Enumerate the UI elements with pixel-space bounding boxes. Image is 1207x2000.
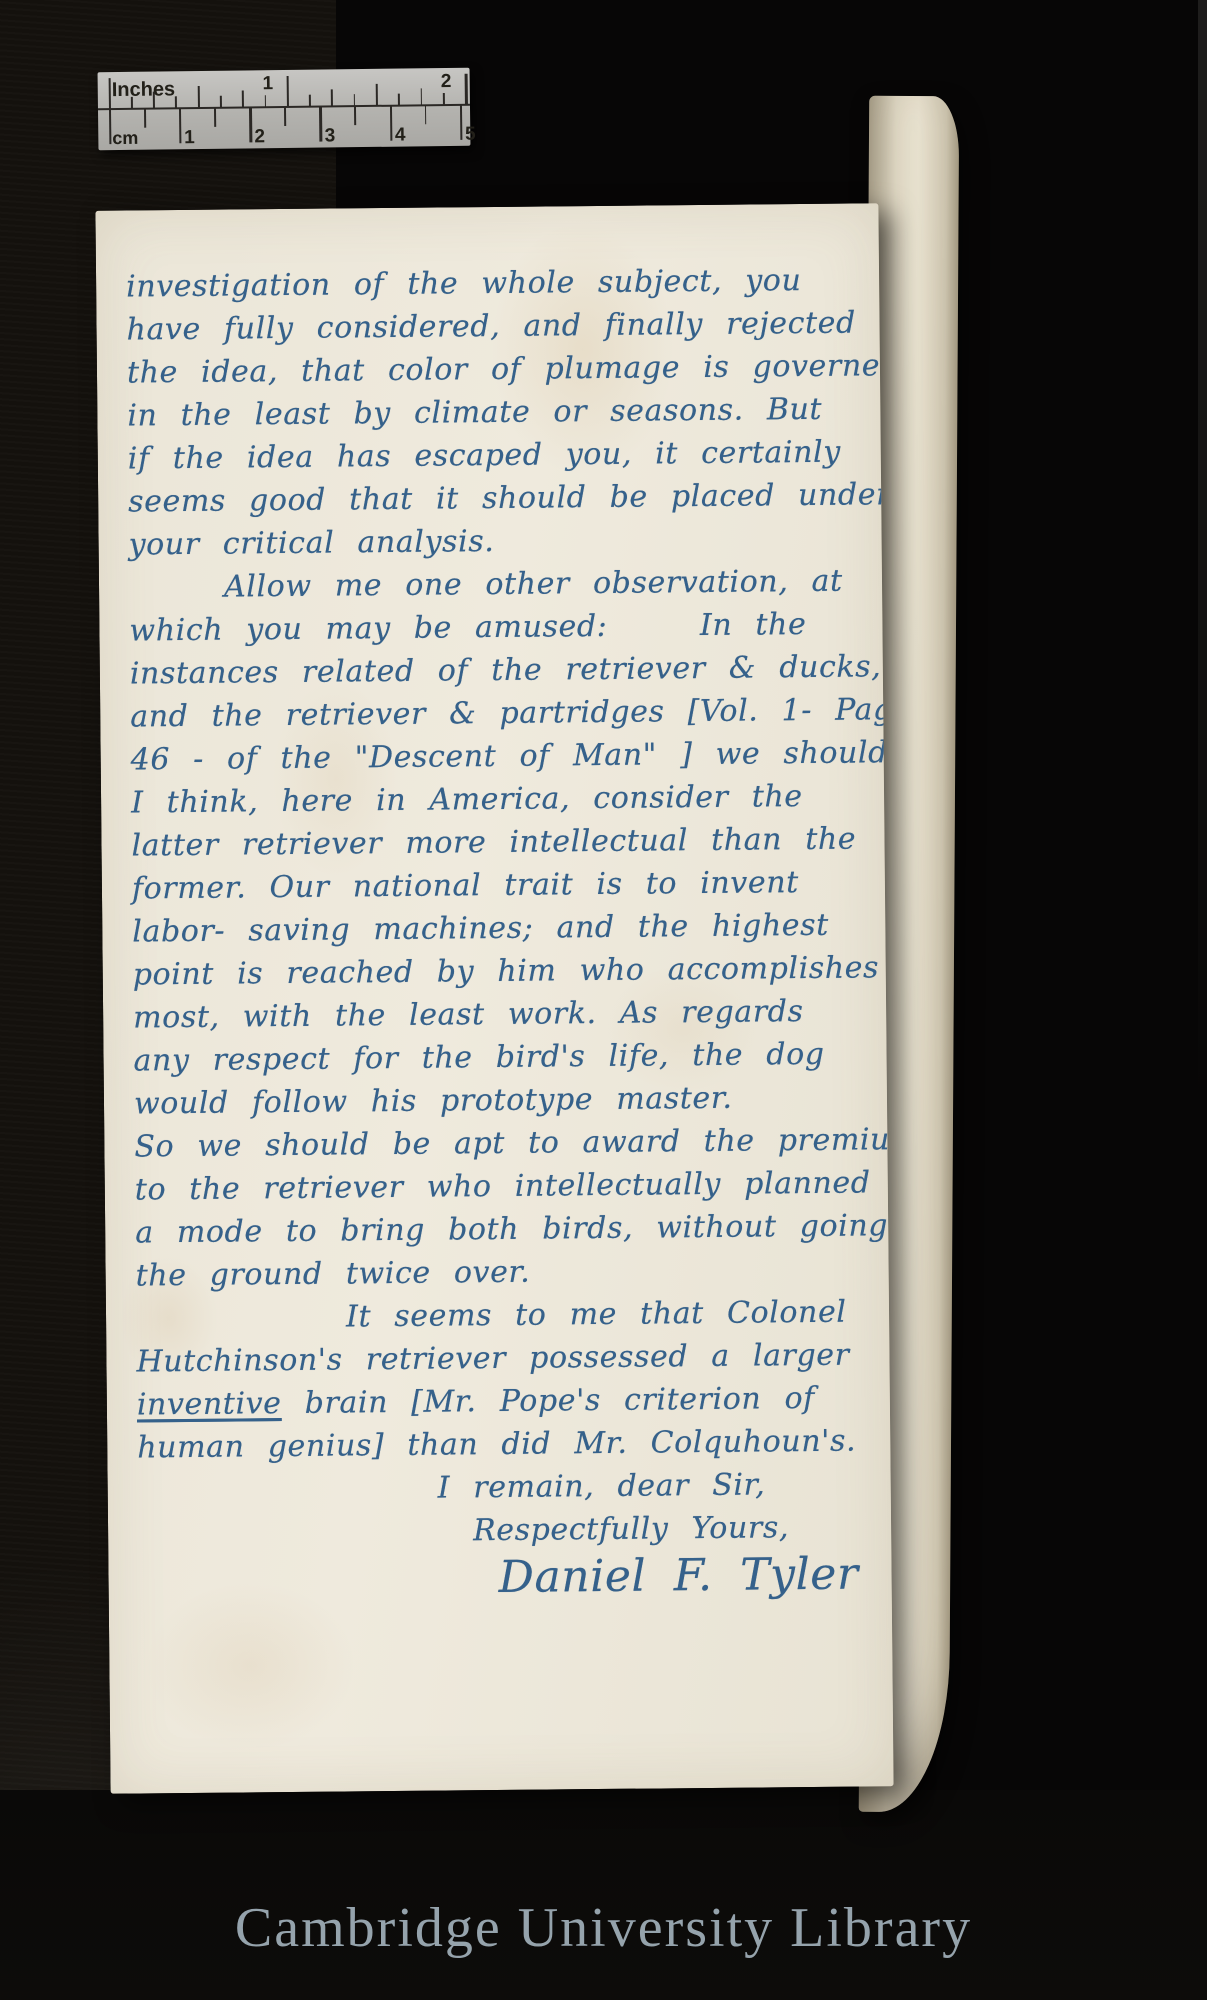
ruler-tick — [353, 94, 355, 106]
letter-line: Respectfully Yours, — [473, 1505, 877, 1552]
ruler-tick — [249, 107, 252, 142]
ruler-tick — [144, 109, 146, 128]
background-right-edge — [1198, 0, 1207, 1100]
letter-line: the ground twice over. — [135, 1247, 874, 1297]
letter-line: Allow me one other observation, at — [224, 559, 868, 608]
letter-line: labor- saving machines; and the highest — [132, 903, 871, 953]
letter-line: have fully considered, and finally rejec… — [126, 301, 865, 351]
ruler-tick — [460, 105, 463, 140]
ruler-tick — [197, 86, 199, 108]
letter-line: in the least by climate or seasons. But — [127, 387, 866, 437]
letter-line: I remain, dear Sir, — [437, 1462, 876, 1509]
letter-line: former. Our national trait is to invent — [132, 860, 871, 910]
ruler-tick — [108, 78, 111, 109]
letter-line: to the retriever who intellectually plan… — [135, 1161, 874, 1211]
letter-line: Hutchinson's retriever possessed a large… — [136, 1333, 875, 1383]
letter-line: any respect for the bird's life, the dog — [133, 1032, 872, 1082]
ruler-tick — [443, 93, 445, 105]
ruler-tick — [309, 95, 311, 107]
ruler-tick — [284, 107, 286, 126]
ruler-tick — [175, 96, 177, 108]
ruler-tick — [214, 108, 216, 127]
ruler-tick — [398, 94, 400, 106]
letter-line: 46 - of the "Descent of Man" ] we should… — [130, 731, 869, 781]
letter-lines: investigation of the whole subject, youh… — [126, 258, 878, 1607]
ruler-tick — [131, 97, 133, 109]
ruler-tick — [319, 107, 322, 142]
letter-line: and the retriever & partridges [Vol. 1- … — [130, 688, 869, 738]
manuscript-photo: Inches cm 1212345 investigation of the w… — [0, 0, 1207, 2000]
ruler-number: 4 — [395, 126, 406, 145]
letter-line: It seems to me that Colonel — [346, 1290, 875, 1338]
letter-line: inventive brain [Mr. Pope's criterion of — [137, 1376, 876, 1426]
library-watermark: Cambridge University Library — [0, 1896, 1207, 1960]
letter-line: point is reached by him who accomplishes — [133, 946, 872, 996]
ruler-tick — [331, 89, 333, 106]
letter-line: your critical analysis. — [128, 516, 867, 566]
letter-page: investigation of the whole subject, youh… — [95, 203, 893, 1793]
ruler-tick — [220, 96, 222, 108]
letter-line: So we should be apt to award the premium — [134, 1118, 873, 1168]
letter-line: most, with the least work. As regards — [133, 989, 872, 1039]
underlined-word: inventive — [137, 1386, 282, 1422]
ruler-tick — [153, 92, 155, 109]
ruler-tick — [242, 90, 244, 107]
ruler-number: 1 — [184, 128, 195, 147]
letter-line: Daniel F. Tyler — [498, 1548, 877, 1604]
letter-line: would follow his prototype master. — [134, 1075, 873, 1125]
ruler-tick — [286, 76, 289, 107]
letter-line: if the idea has escaped you, it certainl… — [128, 430, 867, 480]
letter-line: human genius] than did Mr. Colquhoun's. — [137, 1419, 876, 1469]
ruler-tick — [109, 109, 112, 144]
letter-line: seems good that it should be placed unde… — [128, 473, 867, 523]
ruler-tick — [264, 95, 266, 107]
letter-line: I think, here in America, consider the — [131, 774, 870, 824]
letter-line: investigation of the whole subject, you — [126, 258, 865, 308]
letter-line: latter retriever more intellectual than … — [131, 817, 870, 867]
ruler-tick — [425, 105, 427, 124]
ruler-number: 2 — [441, 72, 452, 91]
ruler-tick — [354, 106, 356, 125]
ruler: Inches cm 1212345 — [98, 68, 471, 151]
ruler-number: 2 — [254, 127, 265, 146]
ruler-tick — [376, 84, 378, 106]
ruler-number: 3 — [325, 126, 336, 145]
ruler-inches-label: Inches — [112, 79, 176, 100]
ruler-cm-label: cm — [112, 129, 138, 147]
ruler-tick — [179, 108, 182, 143]
letter-line: the idea, that color of plumage is gover… — [127, 344, 866, 394]
ruler-tick — [465, 74, 468, 105]
ruler-tick — [420, 88, 422, 105]
background-bottom — [0, 1790, 1207, 2000]
ruler-number: 1 — [262, 74, 273, 93]
letter-line: which you may be amused: In the — [129, 602, 868, 652]
ruler-tick — [390, 106, 393, 141]
ruler-number: 5 — [465, 125, 476, 144]
letter-line: instances related of the retriever & duc… — [130, 645, 869, 695]
letter-line: a mode to bring both birds, without goin… — [135, 1204, 874, 1254]
